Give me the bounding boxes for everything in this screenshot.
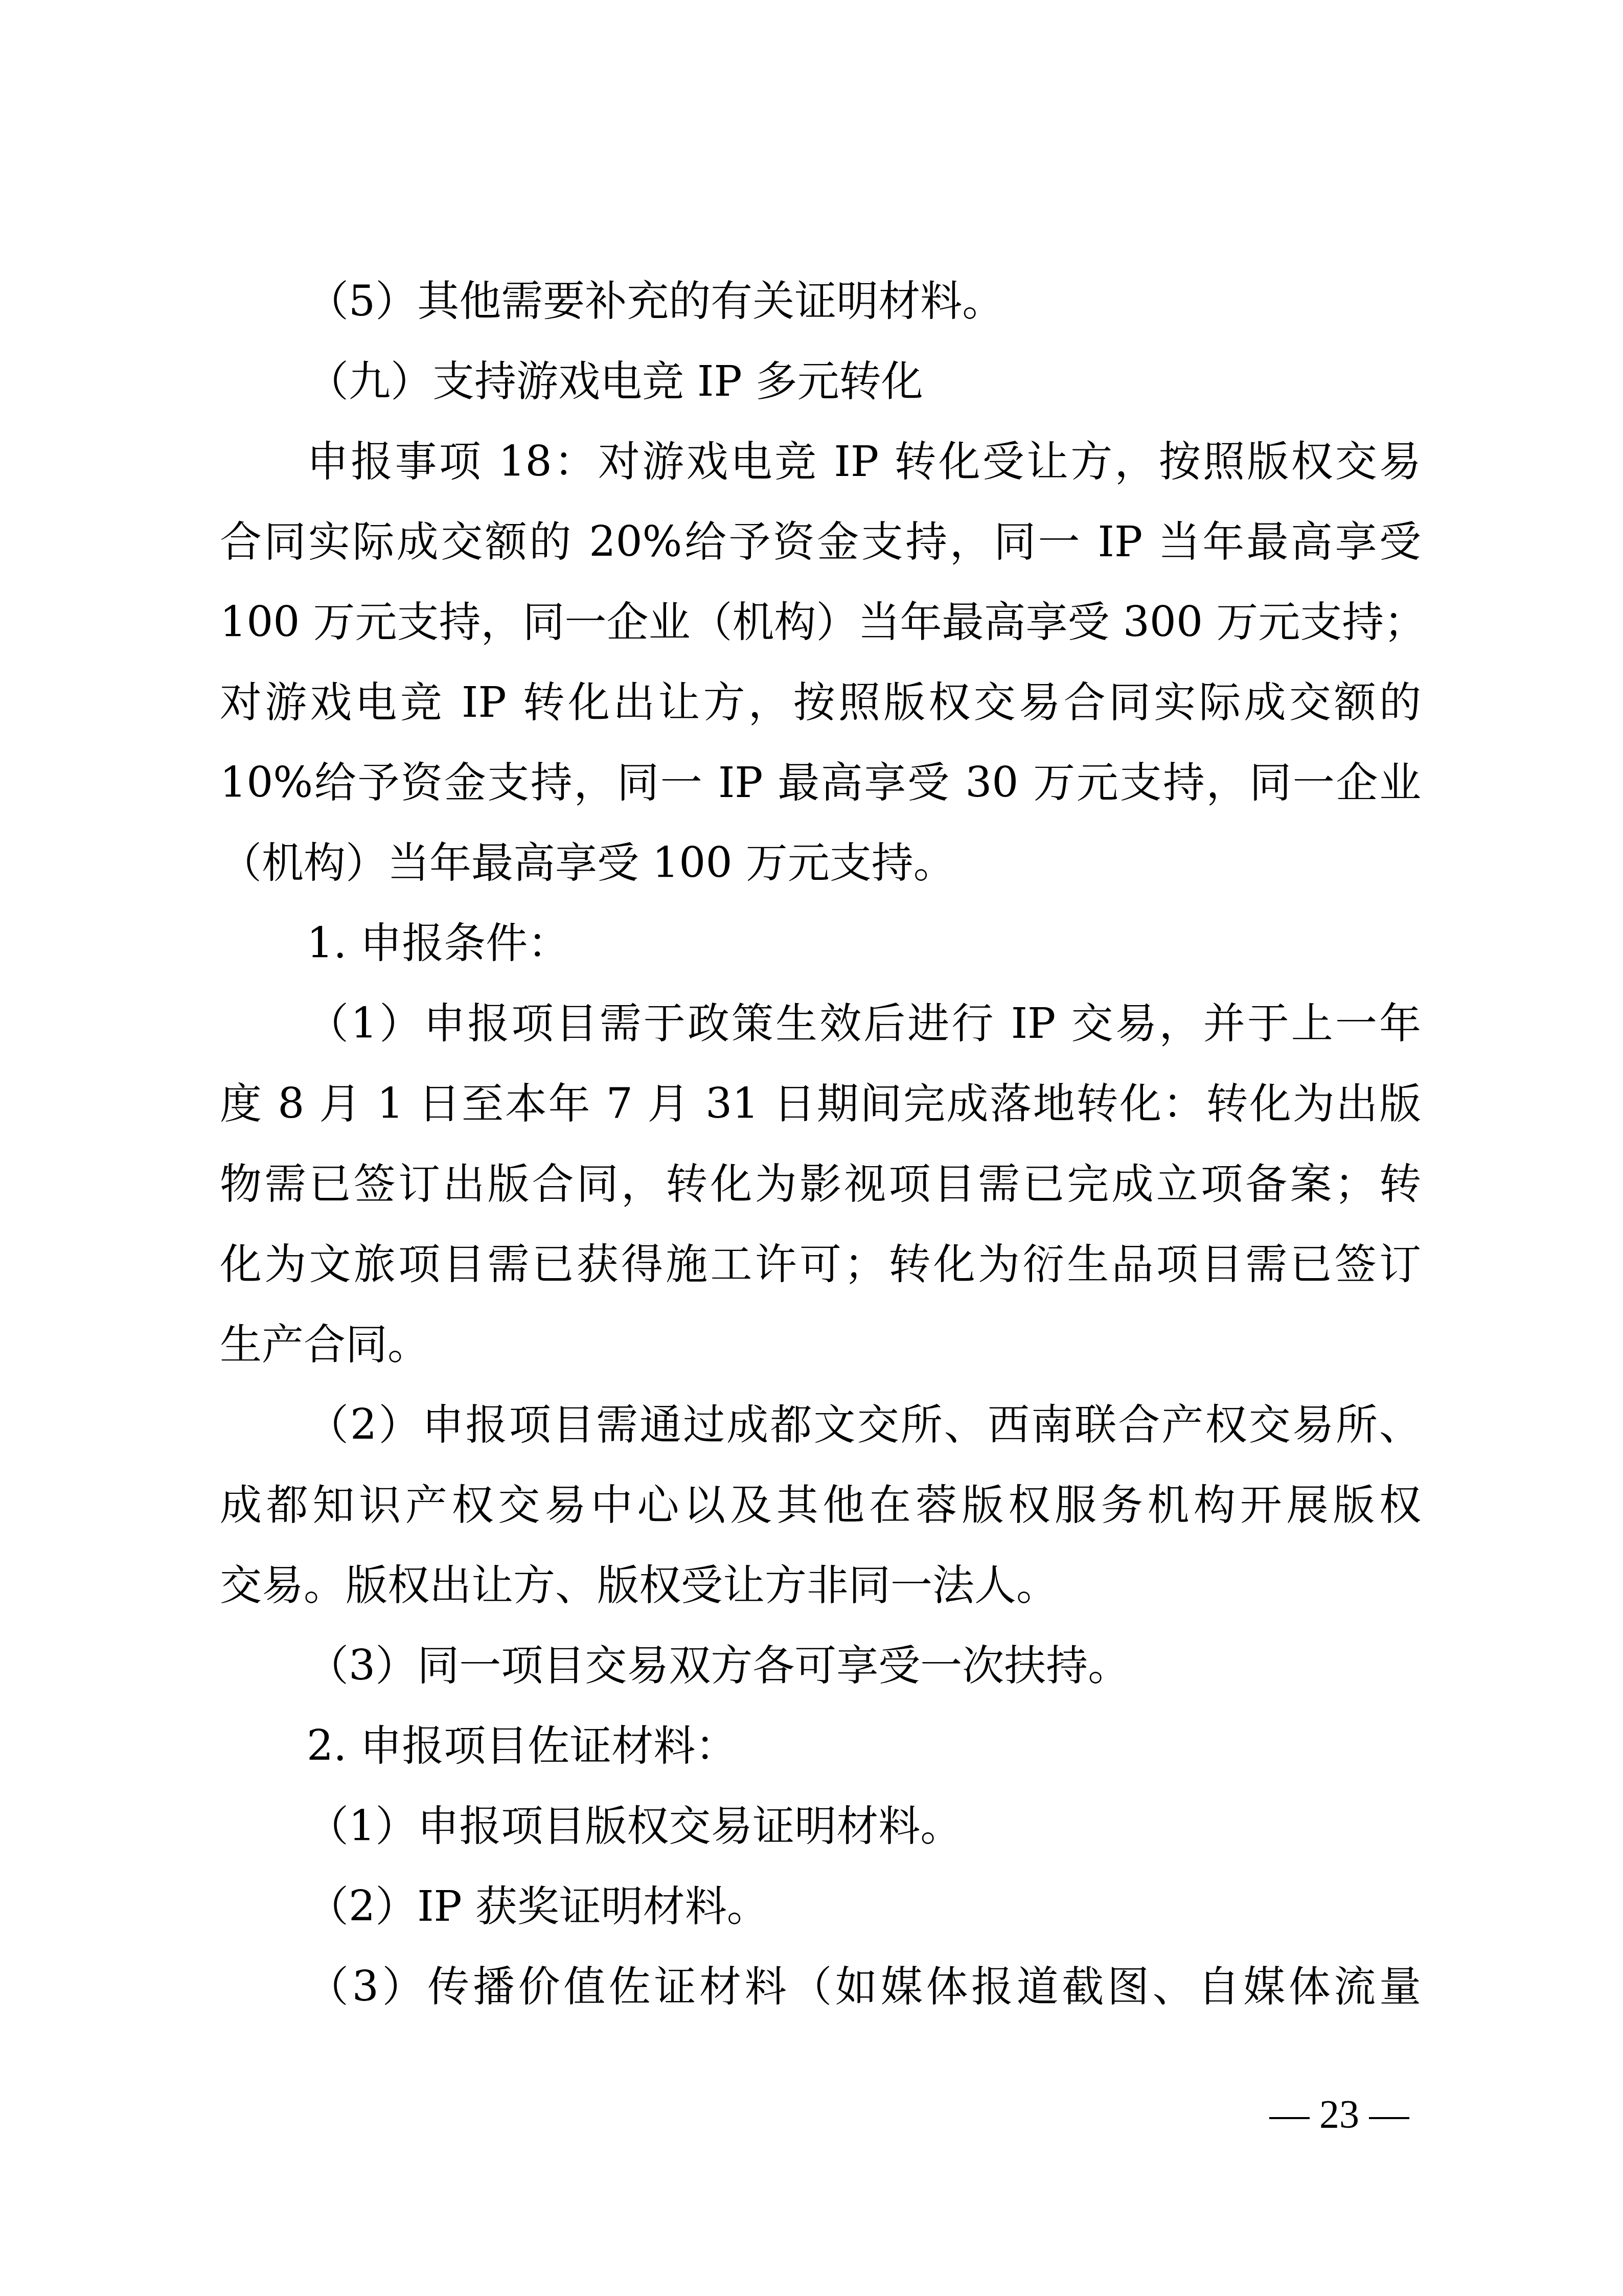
paragraph-line: 100 万元支持，同一企业（机构）当年最高享受 300 万元支持；: [220, 597, 1421, 648]
paragraph-line: 对游戏电竞 IP 转化出让方，按照版权交易合同实际成交额的: [220, 677, 1421, 729]
paragraph-line: （1）申报项目需于政策生效后进行 IP 交易，并于上一年: [307, 998, 1421, 1050]
list-item-material: （3）传播价值佐证材料（如媒体报道截图、自媒体流量: [307, 1962, 1421, 2013]
list-item-material: （1）申报项目版权交易证明材料。: [307, 1801, 1421, 1852]
paragraph-line: 合同实际成交额的 20%给予资金支持，同一 IP 当年最高享受: [220, 517, 1421, 568]
paragraph-line: （3）同一项目交易双方各可享受一次扶持。: [307, 1641, 1421, 1692]
paragraph-line: （2）申报项目需通过成都文交所、西南联合产权交易所、: [307, 1400, 1421, 1451]
section-heading: （九）支持游戏电竞 IP 多元转化: [307, 356, 1421, 407]
page-number: — 23 —: [1242, 2091, 1436, 2137]
paragraph-line: 物需已签订出版合同，转化为影视项目需已完成立项备案；转: [220, 1159, 1421, 1210]
paragraph-line: 度 8 月 1 日至本年 7 月 31 日期间完成落地转化：转化为出版: [220, 1079, 1421, 1130]
paragraph-line: 申报事项 18：对游戏电竞 IP 转化受让方，按照版权交易: [307, 437, 1421, 488]
subsection-heading-conditions: 1. 申报条件：: [307, 918, 1421, 969]
paragraph-line: 交易。版权出让方、版权受让方非同一法人。: [220, 1560, 1421, 1611]
paragraph-line: 化为文旅项目需已获得施工许可；转化为衍生品项目需已签订: [220, 1239, 1421, 1290]
list-item-other-materials: （5）其他需要补充的有关证明材料。: [307, 276, 1421, 327]
paragraph-line: 生产合同。: [220, 1320, 1421, 1371]
document-page: （5）其他需要补充的有关证明材料。 （九）支持游戏电竞 IP 多元转化 申报事项…: [0, 0, 1623, 2296]
paragraph-line: 成都知识产权交易中心以及其他在蓉版权服务机构开展版权: [220, 1480, 1421, 1531]
paragraph-line: （机构）当年最高享受 100 万元支持。: [220, 838, 1421, 889]
paragraph-line: 10%给予资金支持，同一 IP 最高享受 30 万元支持，同一企业: [220, 758, 1421, 809]
subsection-heading-materials: 2. 申报项目佐证材料：: [307, 1721, 1421, 1772]
list-item-material: （2）IP 获奖证明材料。: [307, 1881, 1421, 1933]
